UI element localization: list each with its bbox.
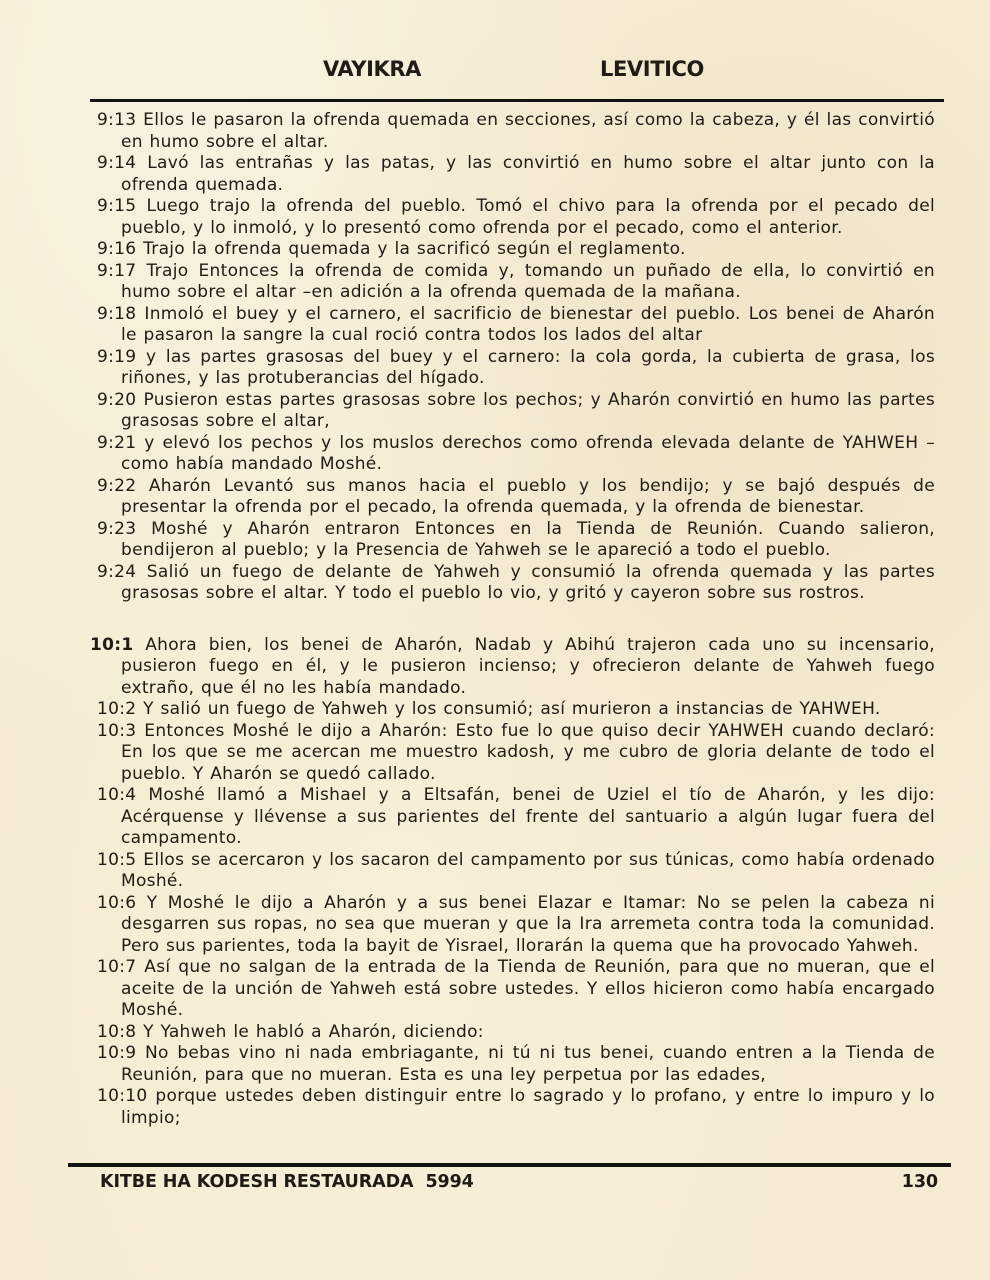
verse-text: Así que no salgan de la entrada de la Ti… xyxy=(121,957,935,1020)
verse-ref: 9:20 xyxy=(97,390,136,410)
page-footer: KITBE HA KODESH RESTAURADA 5994 130 xyxy=(100,1172,938,1192)
verse-ref: 9:18 xyxy=(97,304,136,324)
verse-text: Ahora bien, los benei de Aharón, Nadab y… xyxy=(121,635,935,698)
verse-text: Entonces Moshé le dijo a Aharón: Esto fu… xyxy=(121,721,935,784)
verse-text: Ellos le pasaron la ofrenda quemada en s… xyxy=(121,110,935,152)
verse-ref: 9:13 xyxy=(97,110,136,130)
verse-paragraph: 9:18 Inmoló el buey y el carnero, el sac… xyxy=(97,304,935,347)
verse-ref: 10:2 xyxy=(97,699,136,719)
verse-ref: 9:19 xyxy=(97,347,136,367)
verse-ref: 10:5 xyxy=(97,850,136,870)
scripture-page: VAYIKRA LEVITICO 9:13 Ellos le pasaron l… xyxy=(0,0,990,1280)
verse-paragraph: 10:8 Y Yahweh le habló a Aharón, diciend… xyxy=(97,1022,935,1044)
verse-paragraph: 10:2 Y salió un fuego de Yahweh y los co… xyxy=(97,699,935,721)
verse-paragraph: 9:14 Lavó las entrañas y las patas, y la… xyxy=(97,153,935,196)
verse-ref: 9:21 xyxy=(97,433,136,453)
verse-paragraph: 9:16 Trajo la ofrenda quemada y la sacri… xyxy=(97,239,935,261)
verse-text: No bebas vino ni nada embriagante, ni tú… xyxy=(121,1043,935,1085)
verse-paragraph: 9:13 Ellos le pasaron la ofrenda quemada… xyxy=(97,110,935,153)
verse-paragraph: 10:1 Ahora bien, los benei de Aharón, Na… xyxy=(97,635,935,700)
verse-paragraph: 9:24 Salió un fuego de delante de Yahweh… xyxy=(97,562,935,605)
verse-text: y elevó los pechos y los muslos derechos… xyxy=(121,433,935,475)
verse-paragraph: 9:22 Aharón Levantó sus manos hacia el p… xyxy=(97,476,935,519)
verse-list: 9:13 Ellos le pasaron la ofrenda quemada… xyxy=(97,110,935,1129)
verse-paragraph: 9:21 y elevó los pechos y los muslos der… xyxy=(97,433,935,476)
verse-paragraph: 9:19 y las partes grasosas del buey y el… xyxy=(97,347,935,390)
verse-text: y las partes grasosas del buey y el carn… xyxy=(121,347,935,389)
verse-text: Aharón Levantó sus manos hacia el pueblo… xyxy=(121,476,935,518)
verse-text: Salió un fuego de delante de Yahweh y co… xyxy=(121,562,935,604)
verse-paragraph: 10:4 Moshé llamó a Mishael y a Eltsafán,… xyxy=(97,785,935,850)
footer-rule xyxy=(68,1163,951,1167)
verse-text: Y Yahweh le habló a Aharón, diciendo: xyxy=(136,1022,483,1042)
verse-ref: 9:15 xyxy=(97,196,136,216)
verse-text: Moshé llamó a Mishael y a Eltsafán, bene… xyxy=(121,785,935,848)
header-title-hebrew: VAYIKRA xyxy=(323,57,421,81)
verse-paragraph: 9:23 Moshé y Aharón entraron Entonces en… xyxy=(97,519,935,562)
verse-text: Pusieron estas partes grasosas sobre los… xyxy=(121,390,935,432)
header-title-spanish: LEVITICO xyxy=(600,57,704,81)
verse-paragraph: 9:20 Pusieron estas partes grasosas sobr… xyxy=(97,390,935,433)
verse-text: Luego trajo la ofrenda del pueblo. Tomó … xyxy=(121,196,935,238)
verse-paragraph: 10:6 Y Moshé le dijo a Aharón y a sus be… xyxy=(97,893,935,958)
verse-ref: 9:16 xyxy=(97,239,136,259)
verse-ref: 10:1 xyxy=(90,635,133,655)
verse-paragraph: 9:17 Trajo Entonces la ofrenda de comida… xyxy=(97,261,935,304)
verse-ref: 9:23 xyxy=(97,519,136,539)
verse-ref: 9:24 xyxy=(97,562,136,582)
header-rule xyxy=(90,99,944,102)
verse-paragraph: 9:15 Luego trajo la ofrenda del pueblo. … xyxy=(97,196,935,239)
verse-text: Y Moshé le dijo a Aharón y a sus benei E… xyxy=(121,893,935,956)
verse-paragraph: 10:5 Ellos se acercaron y los sacaron de… xyxy=(97,850,935,893)
verse-ref: 10:8 xyxy=(97,1022,136,1042)
verse-text: Y salió un fuego de Yahweh y los consumi… xyxy=(136,699,880,719)
verse-ref: 10:6 xyxy=(97,893,136,913)
verse-ref: 10:3 xyxy=(97,721,136,741)
verse-ref: 10:7 xyxy=(97,957,136,977)
verse-text: Lavó las entrañas y las patas, y las con… xyxy=(121,153,935,195)
verse-paragraph: 10:10 porque ustedes deben distinguir en… xyxy=(97,1086,935,1129)
page-number: 130 xyxy=(902,1172,938,1192)
verse-paragraph: 10:9 No bebas vino ni nada embriagante, … xyxy=(97,1043,935,1086)
footer-edition-title: KITBE HA KODESH RESTAURADA 5994 xyxy=(100,1172,474,1192)
verse-ref: 9:22 xyxy=(97,476,136,496)
verse-paragraph: 10:7 Así que no salgan de la entrada de … xyxy=(97,957,935,1022)
verse-paragraph: 10:3 Entonces Moshé le dijo a Aharón: Es… xyxy=(97,721,935,786)
verse-text: Moshé y Aharón entraron Entonces en la T… xyxy=(121,519,935,561)
verse-text: Inmoló el buey y el carnero, el sacrific… xyxy=(121,304,935,346)
verse-text: porque ustedes deben distinguir entre lo… xyxy=(121,1086,935,1128)
verse-ref: 10:4 xyxy=(97,785,136,805)
verse-ref: 9:14 xyxy=(97,153,136,173)
verse-text: Trajo Entonces la ofrenda de comida y, t… xyxy=(121,261,935,303)
verse-text: Trajo la ofrenda quemada y la sacrificó … xyxy=(136,239,685,259)
verse-ref: 9:17 xyxy=(97,261,136,281)
verse-ref: 10:9 xyxy=(97,1043,136,1063)
verse-ref: 10:10 xyxy=(97,1086,148,1106)
verse-text: Ellos se acercaron y los sacaron del cam… xyxy=(121,850,935,892)
page-header: VAYIKRA LEVITICO xyxy=(0,57,990,87)
